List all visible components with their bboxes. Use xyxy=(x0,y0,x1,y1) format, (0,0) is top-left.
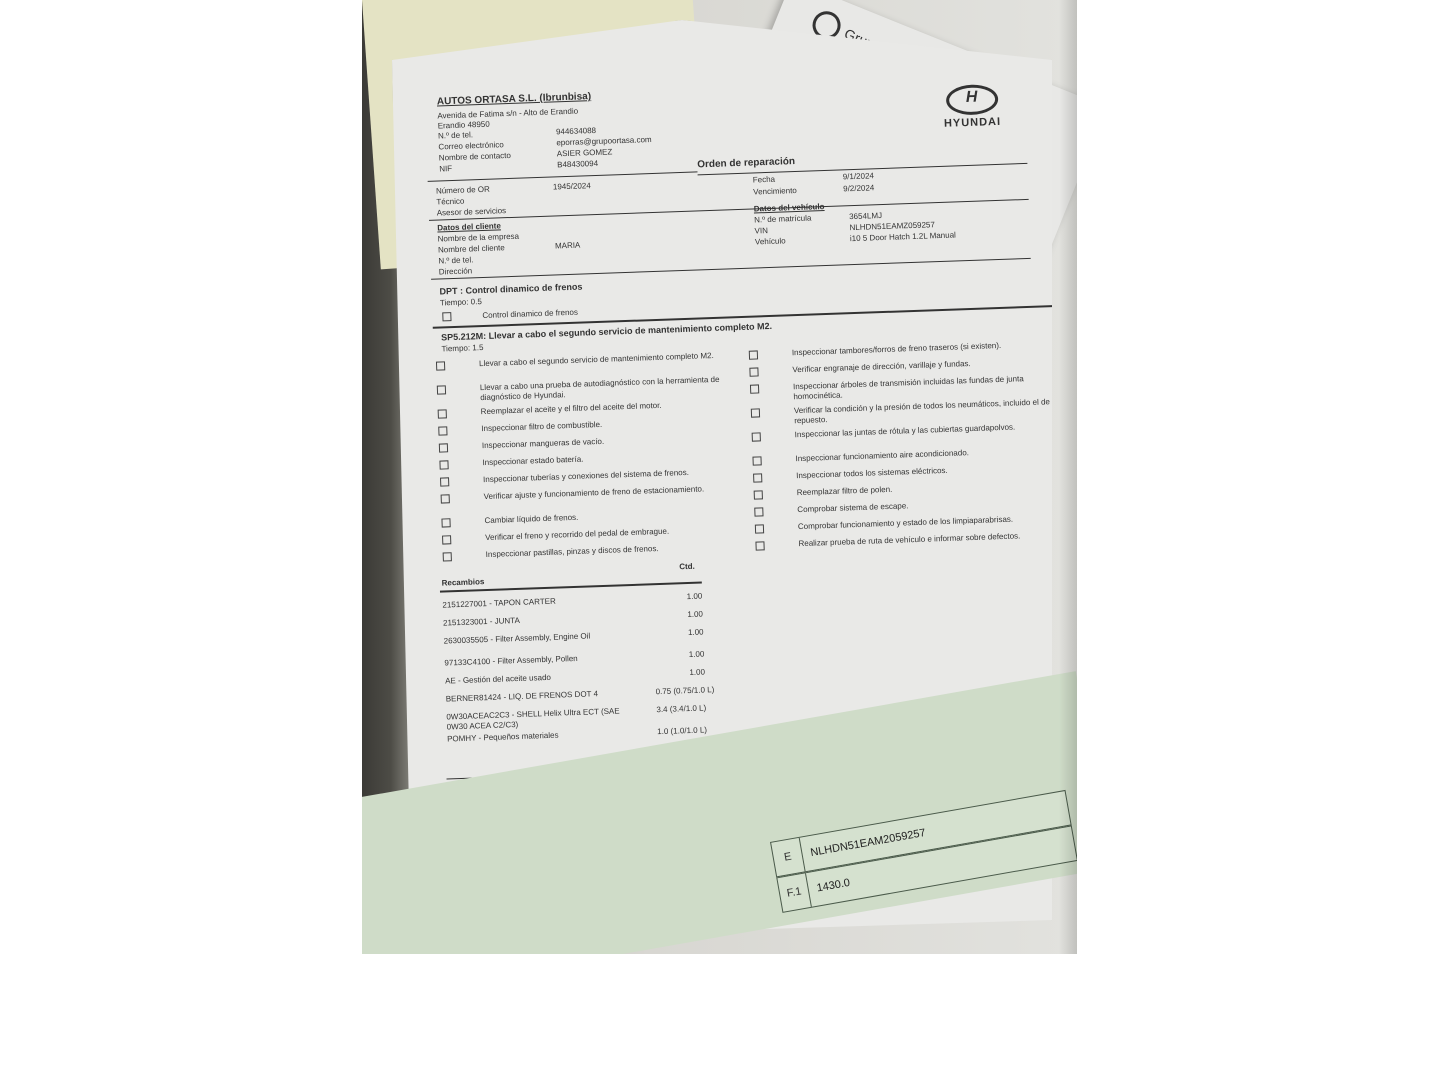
parts-row-qty: 1.00 xyxy=(653,610,703,621)
task-checkbox xyxy=(754,490,763,499)
task-checkbox xyxy=(437,385,446,394)
task-item: Reemplazar filtro de polen. xyxy=(797,479,1057,498)
task-item: Llevar a cabo el segundo servicio de man… xyxy=(479,350,729,369)
parts-row-desc: 97133C4100 - Filter Assembly, Pollen xyxy=(444,652,624,668)
parts-row-qty: 3.4 (3.4/1.0 L) xyxy=(656,703,706,714)
parts-row-desc: AE - Gestión del aceite usado xyxy=(445,670,625,686)
dealer-name: AUTOS ORTASA S.L. (Ibrunbisa) xyxy=(437,91,592,107)
task-item: Inspeccionar todos los sistemas eléctric… xyxy=(796,462,1056,481)
parts-row-qty: 1.00 xyxy=(654,649,704,660)
task-checkbox xyxy=(441,494,450,503)
task-item: Comprobar funcionamiento y estado de los… xyxy=(798,513,1058,532)
task-checkbox xyxy=(443,552,452,561)
task-item: Inspeccionar tambores/forros de freno tr… xyxy=(792,339,1052,358)
task-item: Verificar el freno y recorrido del pedal… xyxy=(485,524,735,543)
parts-row-qty: 1.00 xyxy=(655,667,705,678)
task-checkbox xyxy=(439,460,448,469)
task-checkbox xyxy=(439,443,448,452)
parts-row-qty: 1.0 (1.0/1.0 L) xyxy=(657,725,707,736)
task-item: Inspeccionar funcionamiento aire acondic… xyxy=(795,445,1055,464)
task-checkbox xyxy=(442,312,451,321)
task-item: Comprobar sistema de escape. xyxy=(797,496,1057,515)
parts-row-desc: 2151227001 - TAPON CARTER xyxy=(442,594,622,610)
task-checkbox xyxy=(440,477,449,486)
task-checkbox xyxy=(752,456,761,465)
task-checkbox xyxy=(755,524,764,533)
parts-row-qty: 1.00 xyxy=(652,592,702,603)
parts-row-qty: 0.75 (0.75/1.0 L) xyxy=(655,685,705,696)
task-checkbox xyxy=(438,409,447,418)
parts-row-desc: BERNER81424 - LIQ. DE FRENOS DOT 4 xyxy=(446,688,626,704)
task-checkbox xyxy=(749,367,758,376)
task-item: Inspeccionar estado batería. xyxy=(482,449,732,468)
task-checkbox xyxy=(752,432,761,441)
parts-header: Recambios xyxy=(442,577,485,587)
task-item: Inspeccionar mangueras de vacío. xyxy=(482,432,732,451)
parts-row-qty: 1.00 xyxy=(653,628,703,639)
order-title: Orden de reparación xyxy=(697,156,795,170)
task-checkbox xyxy=(753,473,762,482)
task-item: Inspeccionar tuberías y conexiones del s… xyxy=(483,466,733,485)
task-item: Verificar ajuste y funcionamiento de fre… xyxy=(484,483,734,502)
task-item: Verificar engranaje de dirección, varill… xyxy=(792,356,1052,375)
task-checkbox xyxy=(441,518,450,527)
task-item: Inspeccionar pastillas, pinzas y discos … xyxy=(486,541,736,560)
parts-row-desc: 2151323001 - JUNTA xyxy=(443,612,623,628)
task-checkbox xyxy=(442,535,451,544)
task-checkbox xyxy=(436,361,445,370)
parts-qty-header: Ctd. xyxy=(679,562,695,572)
task-checkbox xyxy=(438,426,447,435)
vehicle-section-title: Datos del vehículo xyxy=(754,202,825,213)
task-item: Realizar prueba de ruta de vehículo e in… xyxy=(798,530,1058,549)
task-checkbox xyxy=(749,350,758,359)
task-item: Cambiar líquido de frenos. xyxy=(484,507,734,526)
task-checkbox xyxy=(751,408,760,417)
client-section-title: Datos del cliente xyxy=(437,221,501,232)
job-dpt-title: DPT : Control dinamico de frenos xyxy=(439,282,582,297)
hyundai-logo-icon xyxy=(945,84,998,116)
parts-row-desc: 2630035505 - Filter Assembly, Engine Oil xyxy=(444,630,624,646)
task-item: Inspeccionar filtro de combustible. xyxy=(481,415,731,434)
task-checkbox xyxy=(755,541,764,550)
document-photo: Grupo C ...TO DE COMPRA DE VE... VICIAL … xyxy=(362,0,1077,954)
task-checkbox xyxy=(750,384,759,393)
hyundai-logo: HYUNDAI xyxy=(943,84,1002,130)
task-checkbox xyxy=(754,507,763,516)
